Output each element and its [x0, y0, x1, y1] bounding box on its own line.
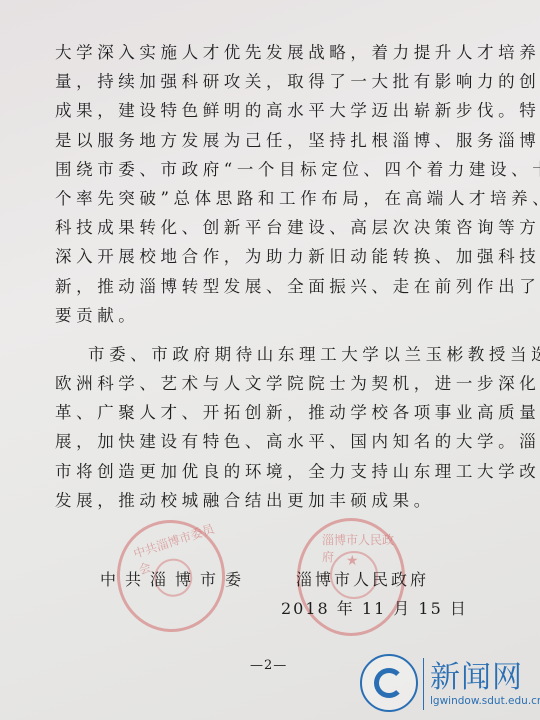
page-number: —2—: [250, 658, 287, 673]
text-line: 市委、市政府期待山东理工大学以兰玉彬教授当选: [55, 340, 475, 369]
news-site-watermark: 新闻网 lgwindow.sdut.edu.cn: [360, 652, 535, 718]
text-line: 个率先突破”总体思路和工作布局，在高端人才培养、: [55, 184, 475, 213]
text-line: 展，加快建设有特色、高水平、国内知名的大学。淄博: [55, 427, 475, 456]
paragraph-1: 大学深入实施人才优先发展战略，着力提升人才培养质 量，持续加强科研攻关，取得了一…: [55, 38, 475, 330]
document-date: 2018 年 11 月 15 日: [281, 596, 468, 619]
document-page: 大学深入实施人才优先发展战略，着力提升人才培养质 量，持续加强科研攻关，取得了一…: [0, 0, 540, 720]
text-line: 市将创造更加优良的环境，全力支持山东理工大学改革: [55, 457, 475, 486]
text-line: 量，持续加强科研攻关，取得了一大批有影响力的创新: [55, 67, 475, 96]
text-line: 深入开展校地合作，为助力新旧动能转换、加强科技创: [55, 242, 475, 271]
university-logo-icon: [360, 654, 418, 712]
text-line: 欧洲科学、艺术与人文学院院士为契机，进一步深化改: [55, 369, 475, 398]
text-line: 是以服务地方发展为己任，坚持扎根淄博、服务淄博，: [55, 126, 475, 155]
text-line: 发展，推动校城融合结出更加丰硕成果。: [55, 486, 475, 515]
watermark-title: 新闻网: [430, 652, 523, 696]
text-line: 要贡献。: [55, 301, 475, 330]
text-line: 革、广聚人才、开拓创新，推动学校各项事业高质量发: [55, 398, 475, 427]
seal-text: 淄博市人民政府: [322, 531, 402, 565]
text-line: 新，推动淄博转型发展、全面振兴、走在前列作出了重: [55, 272, 475, 301]
watermark-url: lgwindow.sdut.edu.cn: [430, 695, 540, 707]
text-line: 围绕市委、市政府“一个目标定位、四个着力建设、十: [55, 155, 475, 184]
document-body: 大学深入实施人才优先发展战略，着力提升人才培养质 量，持续加强科研攻关，取得了一…: [55, 38, 475, 515]
watermark-divider: [423, 658, 424, 710]
signature-party-committee: 中共淄博市委: [100, 567, 250, 590]
text-line: 大学深入实施人才优先发展战略，着力提升人才培养质: [55, 38, 475, 67]
paragraph-2: 市委、市政府期待山东理工大学以兰玉彬教授当选 欧洲科学、艺术与人文学院院士为契机…: [55, 340, 475, 515]
text-line: 成果，建设特色鲜明的高水平大学迈出崭新步伐。特别: [55, 96, 475, 125]
signature-government: 淄博市人民政府: [296, 567, 429, 590]
logo-swirl-icon: [374, 668, 404, 698]
text-line: 科技成果转化、创新平台建设、高层次决策咨询等方面，: [55, 213, 475, 242]
